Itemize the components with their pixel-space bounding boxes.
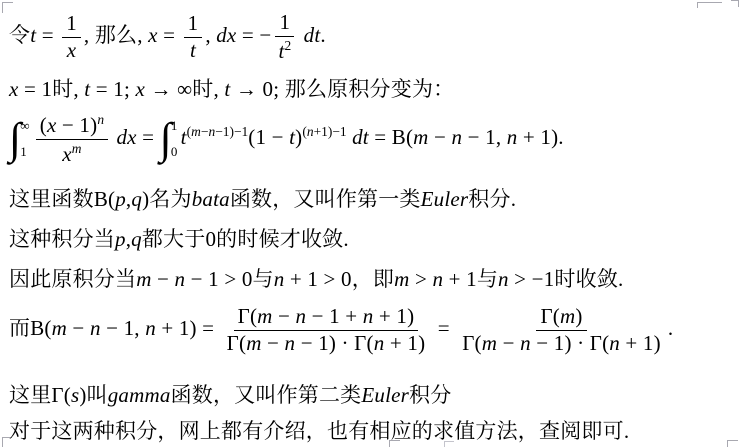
math-variable: n [295,304,306,328]
math-text: → ∞ [145,77,192,101]
chinese-text: 这里函数 [9,187,94,211]
document-page: 令t = 1x, 那么, x = 1t, dx = −1t2 dt. x = 1… [0,0,739,447]
fraction: (x − 1)nxm [36,112,108,166]
math-variable: n [307,124,314,139]
math-line-integral-transform: ∫∞1(x − 1)nxm dx = ∫10t(m−n−1)−1(1 − t)(… [9,112,564,166]
superscript: (n+1)−1 [302,124,346,139]
math-text: (1 − [248,125,289,149]
fraction-numerator: 1 [62,12,81,38]
math-text: − 1, [101,316,146,340]
math-text: = B( [369,125,413,149]
math-variable: x [135,77,145,101]
fraction-denominator: t2 [274,37,295,64]
math-text: 2 [285,38,292,53]
math-variable: bata [192,187,230,211]
fraction: 1t2 [274,11,295,63]
fraction: 1t [184,12,203,62]
integral-lower-limit: 0 [171,144,178,160]
fraction-numerator: 1 [184,12,203,38]
math-variable: m [257,304,272,328]
math-text: . [511,187,516,211]
math-text: + 1 [443,267,477,291]
math-text: 0 [171,144,178,159]
chinese-text: 都大于 [142,227,206,251]
math-text: − 1 > 0 [185,267,252,291]
text-boundary-mark-bottom-right [727,440,738,447]
math-text: − [273,304,296,328]
math-variable: x [148,23,158,47]
math-text: B( [30,316,51,340]
math-text: , [137,23,148,47]
math-text: − 1) · Γ( [531,331,609,355]
math-variable: dx [216,23,236,47]
fraction-denominator: Γ(m − n − 1) · Γ(n + 1) [458,331,665,356]
math-variable: Euler [421,187,469,211]
fraction-denominator: x [63,38,81,63]
math-text: = [36,23,59,47]
math-variable: t [190,38,196,62]
math-text: + 1). [517,125,563,149]
chinese-text: 与 [477,267,498,291]
text-boundary-mark-top-right [731,0,739,7]
fraction-denominator: t [186,38,200,63]
integral: ∫∞1 [9,116,32,162]
superscript: m [72,141,82,156]
math-variable: n [90,316,101,340]
math-variable: m [413,125,428,149]
math-text: 0 [205,227,216,251]
chinese-text: 时 [192,77,213,101]
superscript: 2 [285,38,292,53]
math-variable: n [374,331,385,355]
math-text: − [497,331,520,355]
math-line-beta-definition: 这里函数B(p,q)名为bata函数，又叫作第一类Euler积分. [9,183,516,213]
fraction: Γ(m − n − 1 + n + 1)Γ(m − n − 1) · Γ(n +… [223,305,430,355]
math-variable: n [175,267,186,291]
math-text: ) [79,383,86,407]
chinese-text: 那么 [95,23,137,47]
math-variable: m [482,331,497,355]
math-variable: n [452,125,463,149]
chinese-text: 这种积分当 [9,227,115,251]
chinese-text: 函数，又叫作第一类 [230,187,421,211]
text-boundary-mark-top-right-inner [697,2,722,8]
math-text: + 1 > 0 [284,267,351,291]
chinese-text: 与 [253,267,274,291]
math-line-substitution: 令t = 1x, 那么, x = 1t, dx = −1t2 dt. [9,11,326,63]
math-line-gamma-definition: 这里Γ(s)叫gamma函数，又叫作第二类Euler积分 [9,379,451,409]
fraction: Γ(m)Γ(m − n − 1) · Γ(n + 1) [458,305,665,355]
math-text: Γ( [51,383,71,407]
math-text: Γ( [238,304,258,328]
math-text: = [158,23,181,47]
math-text: = 1 [19,77,53,101]
math-line-convergence: 这种积分当p,q都大于0的时候才收敛. [9,223,349,253]
math-variable: m [246,331,261,355]
integral-upper-limit: 1 [171,118,178,134]
math-text: . [618,267,623,291]
math-text: − [262,331,285,355]
math-variable: m [394,267,409,291]
math-text: = 1; [90,77,135,101]
math-line-original-convergence: 因此原积分当m − n − 1 > 0与n + 1 > 0，即m > n + 1… [9,263,623,293]
math-text: − 1, [462,125,507,149]
chinese-text: 的时候才收敛 [216,227,343,251]
superscript: (m−n−1)−1 [187,124,249,139]
math-variable: m [52,316,67,340]
math-text: . [624,419,629,443]
math-variable: n [432,267,443,291]
math-variable: Euler [361,383,409,407]
math-text: → 0; [230,77,284,101]
math-variable: m [560,304,575,328]
math-text: + 1) = [156,316,220,340]
math-variable: n [145,316,156,340]
chinese-text: 积分 [468,187,510,211]
math-text: ) [575,304,582,328]
fraction-numerator: 1 [275,11,294,37]
fraction-numerator: (x − 1)n [36,112,108,140]
integral: ∫10 [160,116,180,162]
math-text: , [73,77,84,101]
math-text: + 1) [373,304,414,328]
math-text: 1 [279,10,290,34]
math-variable: n [609,331,620,355]
math-variable: gamma [108,383,171,407]
math-variable: n [363,304,374,328]
math-text: − [429,125,452,149]
math-variable: dt [298,23,320,47]
chinese-text: 对于这两种积分，网上都有介绍，也有相应的求值方法，查阅即可 [9,419,624,443]
math-variable: dt [347,125,369,149]
chinese-text: 那么原积分变为 [285,77,433,101]
math-text: 1 [66,11,77,35]
math-line-closing-remark: 对于这两种积分，网上都有介绍，也有相应的求值方法，查阅即可. [9,415,629,445]
chinese-text: 这里 [9,383,51,407]
math-text: − 1 + [306,304,363,328]
math-text: − 1) [56,113,97,137]
math-variable: q [131,227,142,251]
math-text: = [137,125,160,149]
fraction-denominator: Γ(m − n − 1) · Γ(n + 1) [223,331,430,356]
math-text: − 1) · Γ( [295,331,373,355]
math-text: > [410,267,433,291]
math-text: 1 [20,144,27,159]
integral-limits: 10 [171,116,178,162]
superscript: n [97,112,104,127]
chinese-text: 时 [52,77,73,101]
math-text: = − [236,23,271,47]
math-variable: n [507,125,518,149]
math-text: , [205,23,216,47]
math-line-beta-gamma-identity: 而B(m − n − 1, n + 1) = Γ(m − n − 1 + n +… [9,305,673,355]
math-variable: dx [111,125,137,149]
math-line-limits: x = 1时, t = 1; x → ∞时, t → 0; 那么原积分变为： [9,73,454,103]
math-text: − [67,316,90,340]
chinese-text: 因此原积分当 [9,267,136,291]
math-text: + 1) [620,331,661,355]
chinese-text: 积分 [409,383,451,407]
math-text: 1 [188,11,199,35]
chinese-text: 而 [9,316,30,340]
integral-limits: ∞1 [20,116,29,162]
chinese-text: 函数，又叫作第二类 [171,383,362,407]
fraction-denominator: xm [58,140,85,167]
math-variable: x [9,77,19,101]
math-variable: p [115,187,126,211]
math-text: ∞ [20,118,29,133]
math-text: Γ( [462,331,482,355]
chinese-text: 叫 [87,383,108,407]
fraction-numerator: Γ(m) [536,305,586,331]
chinese-text: 时收敛 [554,267,618,291]
math-variable: x [67,38,77,62]
fraction-numerator: Γ(m − n − 1 + n + 1) [234,305,419,331]
math-text: . [320,23,325,47]
math-variable: m [191,124,201,139]
integral-lower-limit: 1 [20,144,29,160]
math-variable: x [62,142,72,166]
math-variable: n [498,267,509,291]
math-text: − [152,267,175,291]
math-variable: n [274,267,285,291]
math-text: , [84,23,95,47]
math-text: ： [433,77,454,101]
math-text: > −1 [509,267,555,291]
math-variable: n [97,112,104,127]
math-text: = [432,316,455,340]
math-text: . [668,316,673,340]
fraction: 1x [62,12,81,62]
chinese-text: 令 [9,23,30,47]
math-text: Γ( [227,331,247,355]
math-text: + 1) [384,331,425,355]
integral-upper-limit: ∞ [20,118,29,134]
math-variable: n [285,331,296,355]
math-text: 1 [171,118,178,133]
math-variable: p [115,227,126,251]
chinese-text: 名为 [149,187,191,211]
math-text: . [343,227,348,251]
math-text: , [214,77,225,101]
math-text: ( [40,113,47,137]
math-variable: m [136,267,151,291]
math-text: Γ( [540,304,560,328]
math-text: B( [94,187,115,211]
math-variable: q [131,187,142,211]
chinese-text: ，即 [352,267,394,291]
math-variable: m [72,141,82,156]
math-variable: n [520,331,531,355]
math-text: +1)−1 [314,124,347,139]
math-text: −1)−1 [215,124,248,139]
